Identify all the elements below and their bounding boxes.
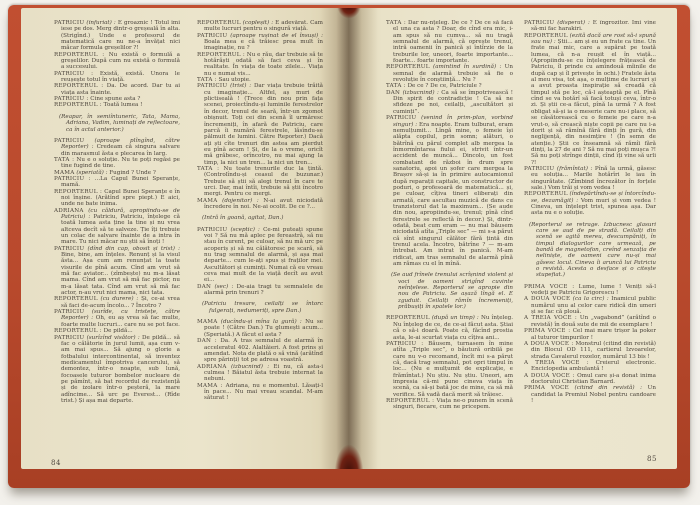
speaker-name: MAMA [197,319,218,325]
dialogue-line: REPORTERUL : Toată lumea ! [54,102,180,108]
speaker-name: REPORTERUL : [54,189,102,195]
dialogue-line: PATRICIU (înfuriat) : E groaznic ! Totul… [54,20,180,52]
speaker-name: PATRICIU [54,246,84,252]
speaker-name: TATA : [54,157,74,163]
dialogue-line: DAN : Da. A tras semnalul de alarmă în a… [197,338,323,363]
speaker-name: A DOUA VOCE [524,296,570,302]
stage-direction: (Patriciu tresare, ceilalți se întorc fu… [202,301,323,314]
right-page-column-1: TATA : Dar nu-nțeleg. De ce ? De ce să f… [386,20,513,460]
dialogue-line: PATRICIU (aproape plîngînd, către Report… [54,138,180,157]
speaker-name: REPORTERUL : [54,102,102,108]
speaker-name: PRIMA VOCE : [524,284,574,290]
stage-note: (izbucnind) : [400,90,439,96]
dialogue-line: MAMA : Adriana, nu e momentul. Lăsați-l … [197,383,323,402]
speaker-name: MAMA [197,198,218,204]
page-number-left: 84 [51,459,61,467]
speaker-name: REPORTERUL [197,20,241,26]
stage-note: (după un timp) : [430,315,479,321]
dialogue-line: DAN (izbucnind) : Ca să se împotrivească… [386,90,513,115]
speaker-name: REPORTERUL : [197,52,245,58]
right-page-column-2: PATRICIU (disperat) : E îngrozitor. Îmi … [524,20,656,460]
stage-note: (sec) : [211,284,233,290]
dialogue-line: DAN (sec) : De-aia tragi tu semnalele de… [197,284,323,297]
speaker-name: PATRICIU [197,83,227,89]
dialogue-line: PATRICIU (sceptic) : Ce-mi puteați spune… [197,227,323,284]
speaker-name: TATA : [197,166,219,172]
speaker-name: A TREIA VOCE : [524,315,577,321]
book-cover: PATRICIU (înfuriat) : E groaznic ! Totul… [8,5,690,488]
speaker-name: A TREIA VOCE : [524,360,589,366]
right-page: TATA : Dar nu-nțeleg. De ce ? De ce să f… [349,8,677,469]
stage-direction: (Intră în goană, agitat, Dan.) [202,215,323,221]
speaker-name: PRIMA VOCE [524,385,569,391]
left-page-column-2: REPORTERUL (copleșit) : E adevărat. Cam … [197,20,323,460]
speaker-name: PATRICIU [197,227,227,233]
speaker-name: REPORTERUL : [54,328,102,334]
dialogue-line: TATA : Nu e o soluție. Nu te poți regăsi… [54,157,180,170]
speaker-name: DAN : [197,338,217,344]
dialogue-line: A DOUA VOCE (ca la circ) : Inamicul publ… [524,296,656,315]
speaker-name: PATRICIU : [54,176,91,182]
stage-note: (dînd din cap, obosit și trist) : [84,246,180,252]
speaker-name: A DOUA VOCE : [524,341,574,347]
speaker-name: TATA : [386,20,406,26]
dialogue-line: PATRICIU (surîde, cu tristețe, către Rep… [54,309,180,328]
dialogue-line: MAMA (ducîndu-și mîna la gură) : Nu se p… [197,319,323,338]
stage-note: (copleșit) : [241,20,273,26]
speaker-name: REPORTERUL [386,64,430,70]
speaker-name: PATRICIU : [386,341,423,347]
stage-note: (ducîndu-și mîna la gură) : [218,319,302,325]
speaker-name: PATRICIU [54,138,84,144]
page-number-right: 85 [647,455,657,463]
speaker-name: PRIMA VOCE : [524,328,570,334]
dialogue-line: PRIMA VOCE : Lume, lume ! Veniți să-l ve… [524,284,656,297]
stage-note: (amintind în surdină) : [430,64,502,70]
stage-note: (speriată) : [75,170,108,176]
dialogue-line: REPORTERUL (îndepărtîndu-se și întorcînd… [524,191,656,216]
stage-note: (ca la circ) : [570,296,609,302]
dialogue-line: PATRICIU (trist) : Dar viața trebuie tră… [197,83,323,165]
stage-note: (înfuriat) : [84,20,115,26]
stage-note: (frămîntat) : [554,166,592,172]
stage-note: (trist) : [227,83,251,89]
dialogue-line: REPORTERUL (amintind în surdină) : Un se… [386,64,513,83]
dialogue-line: A TREIA VOCE : Creierul electronic. Enci… [524,360,656,373]
dialogue-line: REPORTERUL : Nu e rău, dar trebuie să te… [197,52,323,77]
speaker-name: MAMA : [197,383,223,389]
dialogue-line: MAMA (dojenitor) : N-ai avut niciodată î… [197,198,323,211]
dialogue-line: REPORTERUL : Viața ne-o punem în scenă s… [386,398,513,411]
stage-note: (cu durere) : [98,296,139,302]
speaker-name: MAMA [54,170,75,176]
speaker-name: REPORTERUL : [386,398,434,404]
dialogue-line: PRIMA VOCE (citind din revistă) : Un can… [524,385,656,404]
speaker-name: PATRICIU [386,115,416,121]
stage-direction: (Se aud frînele trenului scrîșnind viole… [391,272,513,310]
dialogue-line: PRIMA VOCE : Cel mai mare trișor la poke… [524,328,656,341]
dialogue-line: PATRICIU (frămîntat) : Pînă la urmă, găs… [524,166,656,191]
speaker-name: PATRICIU [54,20,84,26]
speaker-name: TATA : [386,83,406,89]
dialogue-line: ADRIANA (izbucnind) : Ei nu, că asta-i c… [197,364,323,383]
speaker-name: PATRICIU [524,20,554,26]
speaker-name: REPORTERUL [386,315,430,321]
dialogue-line: PATRICIU (venind în prim-plan, vorbind s… [386,115,513,267]
dialogue-line: REPORTERUL (ezită dacă are rost să-i spu… [524,33,656,166]
dialogue-line: REPORTERUL (copleșit) : E adevărat. Cam … [197,20,323,33]
stage-note: (izbucnind) : [227,364,269,370]
dialogue-line: PATRICIU : ...La Capul Bunei Speranțe, m… [54,176,180,189]
speaker-name: ADRIANA [197,364,227,370]
speaker-name: REPORTERUL [524,191,568,197]
dialogue-line: A DOUA VOCE : Omul care și-a donat inima… [524,373,656,386]
stage-direction: (Reporterul se retrage. Izbucnesc glasur… [529,222,656,279]
stage-note: (aproape rușinat de el însuși) : [227,33,323,39]
left-page: PATRICIU (înfuriat) : E groaznic ! Totul… [21,8,349,469]
dialogue-line: REPORTERUL (după un timp) : Nu înțeleg. … [386,315,513,340]
dialogue-line: PATRICIU (dînd din cap, obosit și trist)… [54,246,180,297]
speaker-name: PATRICIU [54,335,84,341]
dialogue-line: REPORTERUL : Capul Bunei Speranțe e în n… [54,189,180,208]
dialogue-line: PATRICIU : Băusem, turnasem în mine atît… [386,341,513,398]
dialogue-line: ADRIANA (cu căldură, apropiindu-se de Pa… [54,208,180,246]
speaker-name: ADRIANA [54,208,84,214]
speaker-name: PATRICIU [197,33,227,39]
stage-note: (sceptic) : [227,227,260,233]
open-pages: PATRICIU (înfuriat) : E groaznic ! Totul… [21,8,677,469]
speaker-name: A DOUA VOCE : [524,373,575,379]
speaker-name: REPORTERUL : [54,52,104,58]
stage-direction: (Reapar, în semiîntuneric, Tata, Mama, A… [59,114,180,133]
dialogue-line: REPORTERUL : Nu există o formulă a greșe… [54,52,180,71]
dialogue-line: PATRICIU (aproape rușinat de el însuși) … [197,33,323,52]
dialogue-line: TATA : Dar nu-nțeleg. De ce ? De ce să f… [386,20,513,64]
stage-note: (citind din revistă) : [569,385,642,391]
left-page-column-1: PATRICIU (înfuriat) : E groaznic ! Totul… [54,20,180,460]
dialogue-line: TATA : Nu toate trenurile duc la țintă. … [197,166,323,198]
dialogue-line: A DOUA VOCE : Monstrul (citind din revis… [524,341,656,360]
dialogue-line: PATRICIU (disperat) : E îngrozitor. Îmi … [524,20,656,33]
speaker-name: DAN [386,90,400,96]
dialogue-line: A TREIA VOCE : Un „vagabond” (arătînd o … [524,315,656,328]
speaker-name: DAN [197,284,211,290]
dialogue-line: PATRICIU : Există, există. Unora le reuș… [54,71,180,84]
dialogue-line: PATRICIU (surîzînd visător) : De pildă..… [54,335,180,405]
speaker-name: PATRICIU : [54,71,93,77]
speaker-name: PATRICIU [524,166,554,172]
speaker-name: REPORTERUL [54,296,98,302]
speaker-name: REPORTERUL : [54,83,103,89]
stage-note: (dojenitor) : [218,198,259,204]
photo-of-open-book: { "colors": { "cover_red": "#b94a2d", "p… [0,0,700,505]
dialogue-line: REPORTERUL (cu durere) : Și, ce-ai vrea … [54,296,180,309]
stage-note: (surîzînd visător) : [84,335,139,341]
speaker-name: REPORTERUL [524,33,568,39]
photo-background: PATRICIU (înfuriat) : E groaznic ! Totul… [0,0,700,505]
stage-note: (disperat) : [554,20,590,26]
dialogue-line: REPORTERUL : Da. De acord. Dar tu ai via… [54,83,180,96]
